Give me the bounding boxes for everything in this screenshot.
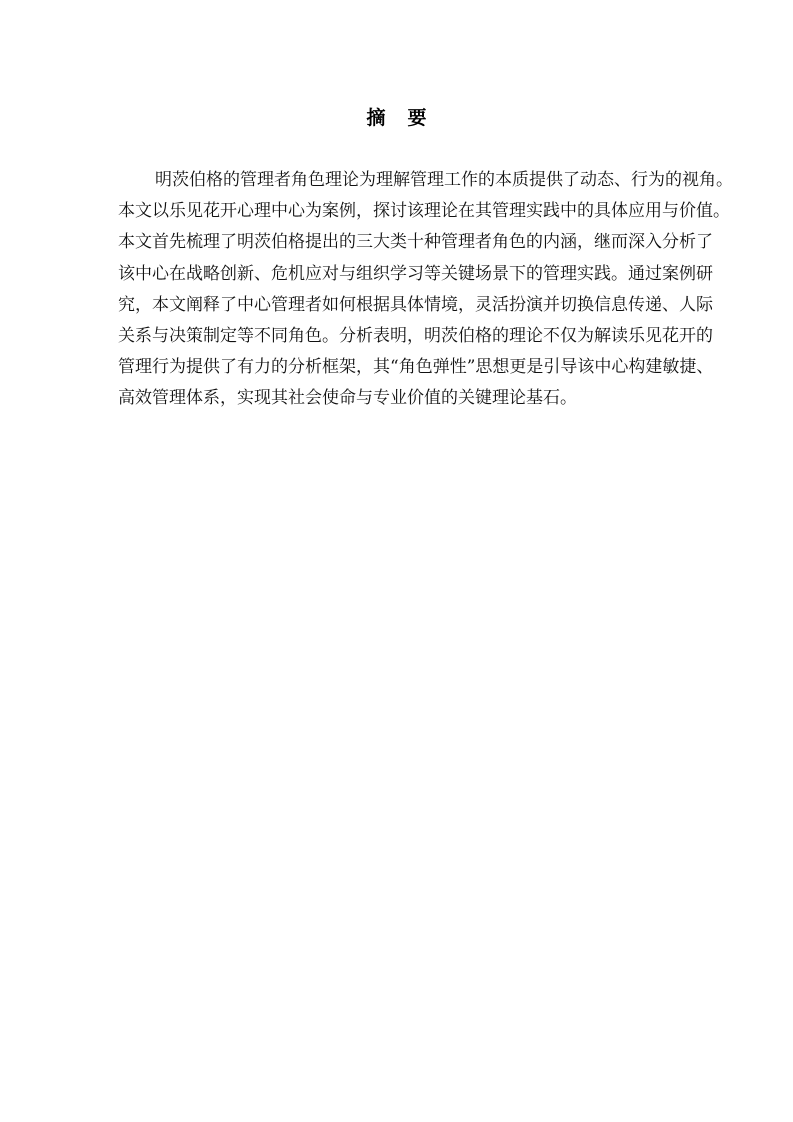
abstract-line: 关系与决策制定等不同角色。分析表明，明茨伯格的理论不仅为解读乐见花开的 (118, 321, 684, 352)
abstract-heading-char-1: 摘 (366, 104, 385, 132)
abstract-line: 究，本文阐释了中心管理者如何根据具体情境，灵活扮演并切换信息传递、人际 (118, 290, 684, 321)
abstract-body: 明茨伯格的管理者角色理论为理解管理工作的本质提供了动态、行为的视角。 本文以乐见… (118, 165, 684, 415)
abstract-line: 高效管理体系，实现其社会使命与专业价值的关键理论基石。 (118, 383, 684, 414)
abstract-line: 本文首先梳理了明茨伯格提出的三大类十种管理者角色的内涵，继而深入分析了 (118, 227, 684, 258)
abstract-heading-char-2: 要 (408, 104, 427, 132)
abstract-line: 明茨伯格的管理者角色理论为理解管理工作的本质提供了动态、行为的视角。 (118, 165, 684, 196)
abstract-line: 该中心在战略创新、危机应对与组织学习等关键场景下的管理实践。通过案例研 (118, 259, 684, 290)
abstract-heading: 摘要 (0, 104, 793, 132)
document-page: 摘要 明茨伯格的管理者角色理论为理解管理工作的本质提供了动态、行为的视角。 本文… (0, 0, 793, 1122)
abstract-line: 管理行为提供了有力的分析框架，其“角色弹性”思想更是引导该中心构建敏捷、 (118, 352, 684, 383)
abstract-line: 本文以乐见花开心理中心为案例，探讨该理论在其管理实践中的具体应用与价值。 (118, 196, 684, 227)
